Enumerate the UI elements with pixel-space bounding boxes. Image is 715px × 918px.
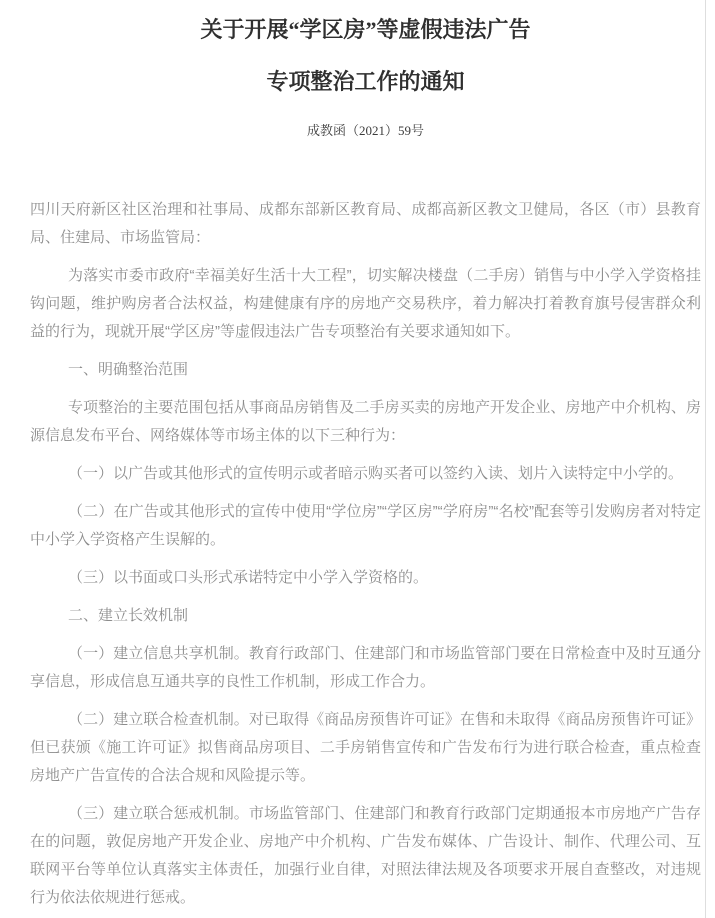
body-paragraph: 一、明确整治范围 [30, 356, 701, 384]
body-paragraph: （一）以广告或其他形式的宣传明示或者暗示购买者可以签约入读、划片入读特定中小学的… [30, 460, 701, 488]
body-paragraph: （一）建立信息共享机制。教育行政部门、住建部门和市场监管部门要在日常检查中及时互… [30, 640, 701, 696]
body-paragraph: （二）在广告或其他形式的宣传中使用“学位房”“学区房”“学府房”“名校”配套等引… [30, 498, 701, 554]
body-paragraph: 专项整治的主要范围包括从事商品房销售及二手房买卖的房地产开发企业、房地产中介机构… [30, 394, 701, 450]
body-paragraph: （三）建立联合惩戒机制。市场监管部门、住建部门和教育行政部门定期通报本市房地产广… [30, 800, 701, 912]
page-edge-line [705, 0, 706, 918]
body-paragraph: （二）建立联合检查机制。对已取得《商品房预售许可证》在售和未取得《商品房预售许可… [30, 706, 701, 790]
document-number: 成教函（2021）59号 [30, 120, 701, 139]
notice-page: 关于开展“学区房”等虚假违法广告 专项整治工作的通知 成教函（2021）59号 … [0, 0, 715, 918]
body-paragraph: 为落实市委市政府“幸福美好生活十大工程”，切实解决楼盘（二手房）销售与中小学入学… [30, 262, 701, 346]
document-title-line2: 专项整治工作的通知 [30, 70, 701, 94]
body-paragraph: （三）以书面或口头形式承诺特定中小学入学资格的。 [30, 564, 701, 592]
notice-document: 关于开展“学区房”等虚假违法广告 专项整治工作的通知 成教函（2021）59号 … [0, 0, 715, 912]
body-paragraph: 四川天府新区社区治理和社事局、成都东部新区教育局、成都高新区教文卫健局，各区（市… [30, 196, 701, 252]
document-body: 四川天府新区社区治理和社事局、成都东部新区教育局、成都高新区教文卫健局，各区（市… [30, 196, 701, 912]
document-title-line1: 关于开展“学区房”等虚假违法广告 [30, 18, 701, 42]
body-paragraph: 二、建立长效机制 [30, 602, 701, 630]
